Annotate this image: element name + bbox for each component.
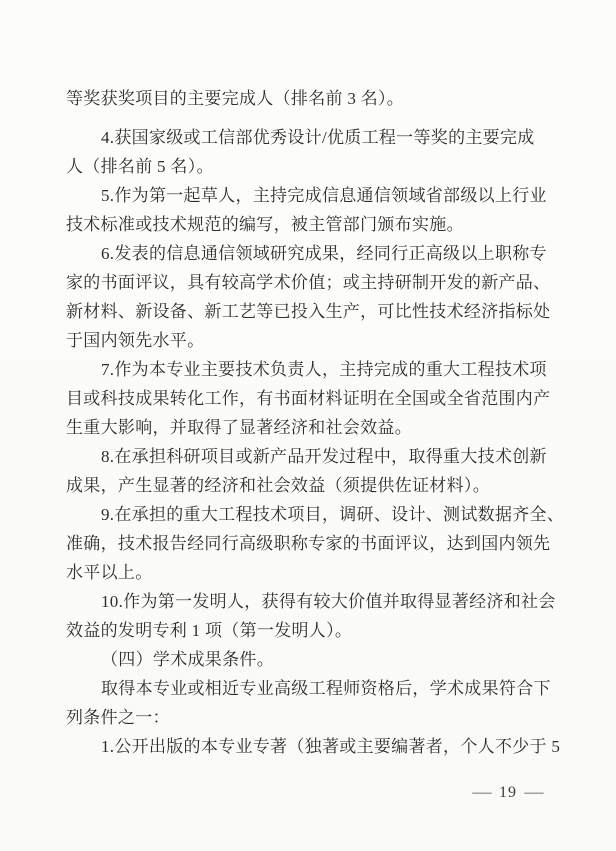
text-line: 等奖获奖项目的主要完成人（排名前 3 名）。 (66, 84, 550, 113)
text-line: 技术标准或技术规范的编写，被主管部门颁布实施。 (66, 210, 550, 239)
text-line: 水平以上。 (66, 558, 550, 587)
text-line: 7.作为本专业主要技术负责人，主持完成的重大工程技术项 (66, 355, 550, 384)
text-line: 10.作为第一发明人，获得有较大价值并取得显著经济和社会 (66, 587, 550, 616)
text-line: 列条件之一： (66, 703, 550, 732)
footer-dash-left: — (472, 782, 491, 804)
document-page: 等奖获奖项目的主要完成人（排名前 3 名）。4.获国家级或工信部优秀设计/优质工… (0, 0, 616, 851)
paragraph: 8.在承担科研项目或新产品开发过程中，取得重大技术创新成果，产生显著的经济和社会… (66, 442, 550, 500)
text-line: 4.获国家级或工信部优秀设计/优质工程一等奖的主要完成 (66, 123, 550, 152)
paragraph: 7.作为本专业主要技术负责人，主持完成的重大工程技术项目或科技成果转化工作，有书… (66, 355, 550, 442)
text-line: 6.发表的信息通信领域研究成果，经同行正高级以上职称专 (66, 239, 550, 268)
text-line: 9.在承担的重大工程技术项目，调研、设计、测试数据齐全、 (66, 500, 550, 529)
paragraph: 取得本专业或相近专业高级工程师资格后，学术成果符合下列条件之一： (66, 674, 550, 732)
paragraph: 9.在承担的重大工程技术项目，调研、设计、测试数据齐全、准确，技术报告经同行高级… (66, 500, 550, 587)
paragraph: 10.作为第一发明人，获得有较大价值并取得显著经济和社会效益的发明专利 1 项（… (66, 587, 550, 645)
text-line: 1.公开出版的本专业专著（独著或主要编著者，个人不少于 5 (66, 732, 550, 761)
text-line: （四）学术成果条件。 (66, 645, 550, 674)
text-line: 8.在承担科研项目或新产品开发过程中，取得重大技术创新 (66, 442, 550, 471)
paragraph: 5.作为第一起草人，主持完成信息通信领域省部级以上行业技术标准或技术规范的编写，… (66, 181, 550, 239)
paragraph: 1.公开出版的本专业专著（独著或主要编著者，个人不少于 5 (66, 732, 550, 761)
paragraph: （四）学术成果条件。 (66, 645, 550, 674)
text-line: 准确，技术报告经同行高级职称专家的书面评议，达到国内领先 (66, 529, 550, 558)
text-line: 目或科技成果转化工作，有书面材料证明在全国或全省范围内产 (66, 384, 550, 413)
paragraph: 4.获国家级或工信部优秀设计/优质工程一等奖的主要完成人（排名前 5 名）。 (66, 123, 550, 181)
text-line: 于国内领先水平。 (66, 326, 550, 355)
page-number: 19 (499, 782, 517, 804)
text-line: 取得本专业或相近专业高级工程师资格后，学术成果符合下 (66, 674, 550, 703)
paragraph: 等奖获奖项目的主要完成人（排名前 3 名）。 (66, 84, 550, 113)
text-line: 效益的发明专利 1 项（第一发明人）。 (66, 616, 550, 645)
text-line: 成果，产生显著的经济和社会效益（须提供佐证材料）。 (66, 471, 550, 500)
body-text: 等奖获奖项目的主要完成人（排名前 3 名）。4.获国家级或工信部优秀设计/优质工… (66, 84, 550, 761)
text-line: 5.作为第一起草人，主持完成信息通信领域省部级以上行业 (66, 181, 550, 210)
page-footer: — 19 — (474, 782, 542, 804)
text-line: 新材料、新设备、新工艺等已投入生产，可比性技术经济指标处 (66, 297, 550, 326)
text-line: 人（排名前 5 名）。 (66, 152, 550, 181)
text-line: 家的书面评议，具有较高学术价值；或主持研制开发的新产品、 (66, 268, 550, 297)
footer-dash-right: — (524, 782, 543, 804)
paragraph: 6.发表的信息通信领域研究成果，经同行正高级以上职称专家的书面评议，具有较高学术… (66, 239, 550, 355)
text-line: 生重大影响，并取得了显著经济和社会效益。 (66, 413, 550, 442)
